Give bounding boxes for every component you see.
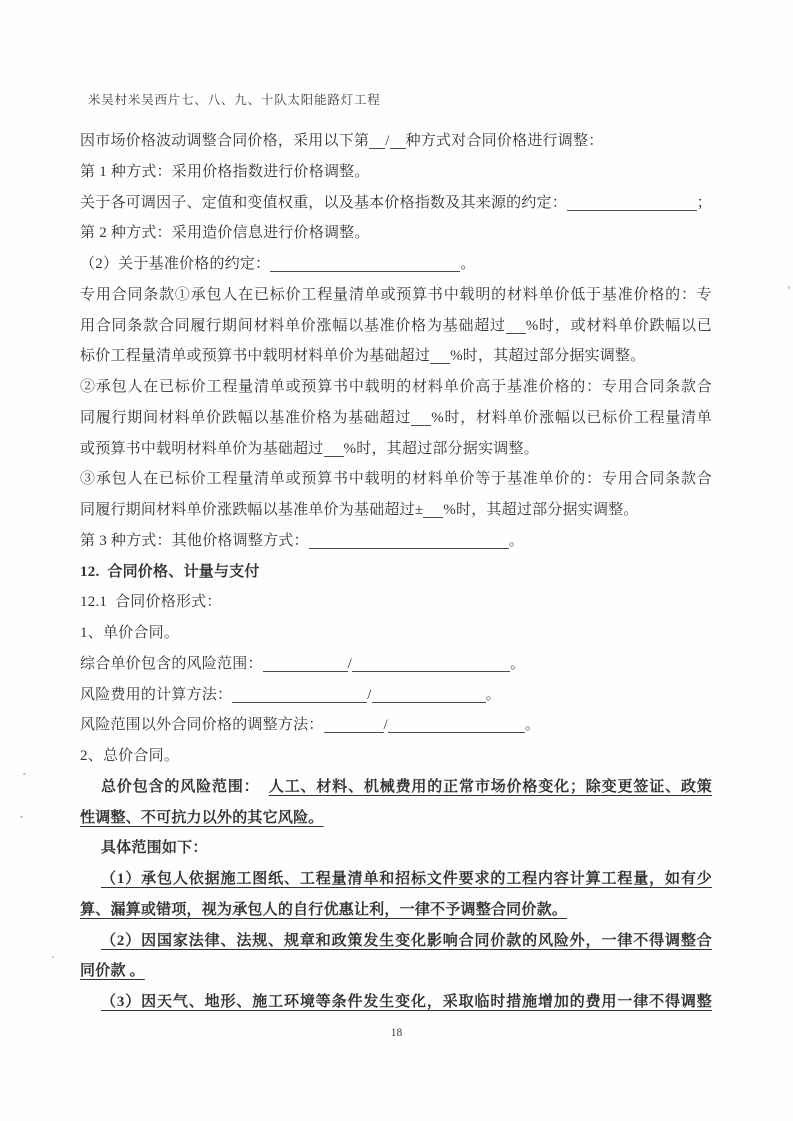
scope-item-1-line-2: 算、漏算或错项，视为承包人的自行优惠让利，一律不予调整合同价款。 bbox=[80, 895, 712, 926]
text-segment: 或预算书中载明材料单价为基础超过 bbox=[80, 441, 324, 457]
lump-sum-risk-line-1: 总价包含的风险范围： 人工、材料、机械费用的正常市场价格变化；除变更签证、政策 bbox=[80, 772, 712, 803]
text-segment: 专用合同条款①承包人在已标价工程量清单或预算书中载明的材料单价低于基准价格的：专 bbox=[80, 287, 712, 303]
text-segment: 1、单价合同。 bbox=[80, 625, 179, 641]
underlined-text: 同价款 。 bbox=[80, 963, 145, 979]
text-segment: 第 3 种方式：其他价格调整方式： bbox=[80, 533, 309, 549]
clause-3-line-1: ③承包人在已标价工程量清单或预算书中载明的材料单价等于基准单价的：专用合同条款合 bbox=[80, 464, 712, 495]
risk-fee-method: 风险费用的计算方法：/。 bbox=[80, 680, 712, 711]
blank-field bbox=[372, 684, 486, 703]
scan-speck bbox=[788, 286, 790, 289]
section-12-heading: 12. 合同价格、计量与支付 bbox=[80, 557, 712, 588]
blank-field bbox=[411, 407, 431, 426]
text-segment: 风险范围以外合同价格的调整方法： bbox=[80, 717, 324, 733]
document-body: 因市场价格波动调整合同价格，采用以下第/种方式对合同价格进行调整：第 1 种方式… bbox=[80, 126, 712, 1018]
blank-field bbox=[430, 345, 450, 364]
text-segment: 第 2 种方式：采用造价信息进行价格调整。 bbox=[80, 225, 370, 241]
scope-item-2-line-1: （2）因国家法律、法规、规章和政策发生变化影响合同价款的风险外，一律不得调整合 bbox=[80, 926, 712, 957]
text-segment: %时，其超过部分据实调整。 bbox=[450, 348, 645, 364]
blank-field bbox=[309, 530, 509, 549]
text-segment: 种方式对合同价格进行调整： bbox=[406, 133, 604, 149]
text-segment: %时，其超过部分据实调整。 bbox=[344, 441, 539, 457]
text-segment: 具体范围如下： bbox=[101, 840, 208, 856]
blank-field bbox=[232, 684, 367, 703]
text-segment: 用合同条款合同履行期间材料单价涨幅以基准价格为基础超过 bbox=[80, 318, 506, 334]
underlined-text: （1）承包人依据施工图纸、工程量清单和招标文件要求的工程内容计算工程量，如有少 bbox=[101, 871, 712, 887]
lump-sum-risk-line-2: 性调整、不可抗力以外的其它风险。 bbox=[80, 803, 712, 834]
underlined-text: 性调整、不可抗力以外的其它风险。 bbox=[80, 810, 324, 826]
blank-field bbox=[324, 438, 344, 457]
blank-field bbox=[390, 130, 406, 149]
adjust-factors: 关于各可调因子、定值和变值权重，以及基本价格指数及其来源的约定：； bbox=[80, 188, 712, 219]
project-title: 米吴村米吴西片七、八、九、十队太阳能路灯工程 bbox=[88, 90, 381, 108]
blank-field bbox=[263, 653, 348, 672]
text-segment: 12. 合同价格、计量与支付 bbox=[80, 564, 260, 580]
unit-price-risk-scope: 综合单价包含的风险范围：/。 bbox=[80, 649, 712, 680]
text-segment: 。 bbox=[486, 687, 501, 703]
scope-item-2-line-2: 同价款 。 bbox=[80, 956, 712, 987]
base-price-agreement: （2）关于基准价格的约定：。 bbox=[80, 249, 712, 280]
blank-field bbox=[270, 253, 460, 272]
text-segment: ； bbox=[697, 188, 712, 219]
text-segment: 因市场价格波动调整合同价格，采用以下第 bbox=[80, 133, 369, 149]
text-segment: 风险费用的计算方法： bbox=[80, 687, 232, 703]
clause-3-line-2: 同履行期间材料单价涨跌幅以基准单价为基础超过±%时，其超过部分据实调整。 bbox=[80, 495, 712, 526]
text-segment: 综合单价包含的风险范围： bbox=[80, 656, 263, 672]
scope-item-1-line-1: （1）承包人依据施工图纸、工程量清单和招标文件要求的工程内容计算工程量，如有少 bbox=[80, 864, 712, 895]
underlined-text: （3）因天气、地形、施工环境等条件发生变化，采取临时措施增加的费用一律不得调整 bbox=[101, 994, 712, 1010]
clause-1-line-2: 用合同条款合同履行期间材料单价涨幅以基准价格为基础超过%时，或材料单价跌幅以已 bbox=[80, 311, 712, 342]
text-segment: %时，材料单价涨幅以已标价工程量清单 bbox=[431, 410, 712, 426]
blank-field bbox=[506, 315, 526, 334]
text-segment: 2、总价合同。 bbox=[80, 748, 179, 764]
page-number: 18 bbox=[0, 1027, 793, 1039]
contract-page: 米吴村米吴西片七、八、九、十队太阳能路灯工程 因市场价格波动调整合同价格，采用以… bbox=[0, 0, 793, 1121]
clause-1-line-1: 专用合同条款①承包人在已标价工程量清单或预算书中载明的材料单价低于基准价格的：专 bbox=[80, 280, 712, 311]
text-segment: 。 bbox=[509, 533, 524, 549]
scan-speck bbox=[23, 773, 26, 775]
text-segment: %时，其超过部分据实调整。 bbox=[443, 502, 638, 518]
scope-item-3-line-1: （3）因天气、地形、施工环境等条件发生变化，采取临时措施增加的费用一律不得调整 bbox=[80, 987, 712, 1018]
lump-sum-contract: 2、总价合同。 bbox=[80, 741, 712, 772]
blank-field bbox=[352, 653, 510, 672]
unit-price-contract: 1、单价合同。 bbox=[80, 618, 712, 649]
clause-2-line-2: 同履行期间材料单价跌幅以基准价格为基础超过%时，材料单价涨幅以已标价工程量清单 bbox=[80, 403, 712, 434]
clause-2-line-3: 或预算书中载明材料单价为基础超过%时，其超过部分据实调整。 bbox=[80, 434, 712, 465]
section-12-1: 12.1 合同价格形式： bbox=[80, 587, 712, 618]
price-adjust-intro: 因市场价格波动调整合同价格，采用以下第/种方式对合同价格进行调整： bbox=[80, 126, 712, 157]
method-1: 第 1 种方式：采用价格指数进行价格调整。 bbox=[80, 157, 712, 188]
specific-scope-heading: 具体范围如下： bbox=[80, 833, 712, 864]
text-segment bbox=[260, 779, 269, 795]
outside-risk-adjust-method: 风险范围以外合同价格的调整方法：/。 bbox=[80, 710, 712, 741]
text-segment: 同履行期间材料单价涨跌幅以基准单价为基础超过± bbox=[80, 502, 423, 518]
underlined-text: （2）因国家法律、法规、规章和政策发生变化影响合同价款的风险外，一律不得调整合 bbox=[101, 933, 712, 949]
clause-1-line-3: 标价工程量清单或预算书中载明材料单价为基础超过%时，其超过部分据实调整。 bbox=[80, 341, 712, 372]
text-segment: 。 bbox=[525, 717, 540, 733]
text-segment: 标价工程量清单或预算书中载明材料单价为基础超过 bbox=[80, 348, 430, 364]
method-2: 第 2 种方式：采用造价信息进行价格调整。 bbox=[80, 218, 712, 249]
method-3: 第 3 种方式：其他价格调整方式：。 bbox=[80, 526, 712, 557]
underlined-text: 人工、材料、机械费用的正常市场价格变化；除变更签证、政策 bbox=[269, 779, 712, 795]
text-segment: （2）关于基准价格的约定： bbox=[80, 256, 270, 272]
blank-field bbox=[369, 130, 385, 149]
clause-2-line-1: ②承包人在已标价工程量清单或预算书中载明的材料单价高于基准价格的：专用合同条款合 bbox=[80, 372, 712, 403]
text-segment: 关于各可调因子、定值和变值权重，以及基本价格指数及其来源的约定： bbox=[80, 188, 567, 219]
blank-field bbox=[567, 209, 697, 211]
text-segment: 总价包含的风险范围： bbox=[101, 779, 260, 795]
text-segment: 。 bbox=[510, 656, 525, 672]
text-segment: ③承包人在已标价工程量清单或预算书中载明的材料单价等于基准单价的：专用合同条款合 bbox=[80, 471, 712, 487]
scan-speck bbox=[20, 816, 23, 818]
text-segment: 。 bbox=[460, 256, 475, 272]
text-segment: 第 1 种方式：采用价格指数进行价格调整。 bbox=[80, 164, 370, 180]
text-segment: 12.1 合同价格形式： bbox=[80, 594, 222, 610]
blank-field bbox=[324, 714, 384, 733]
underlined-text: 算、漏算或错项，视为承包人的自行优惠让利，一律不予调整合同价款。 bbox=[80, 902, 567, 918]
scan-speck bbox=[52, 956, 54, 958]
text-segment: %时，或材料单价跌幅以已 bbox=[526, 318, 712, 334]
blank-field bbox=[388, 714, 525, 733]
text-segment: 同履行期间材料单价跌幅以基准价格为基础超过 bbox=[80, 410, 411, 426]
blank-field bbox=[423, 499, 443, 518]
text-segment: ②承包人在已标价工程量清单或预算书中载明的材料单价高于基准价格的：专用合同条款合 bbox=[80, 379, 712, 395]
